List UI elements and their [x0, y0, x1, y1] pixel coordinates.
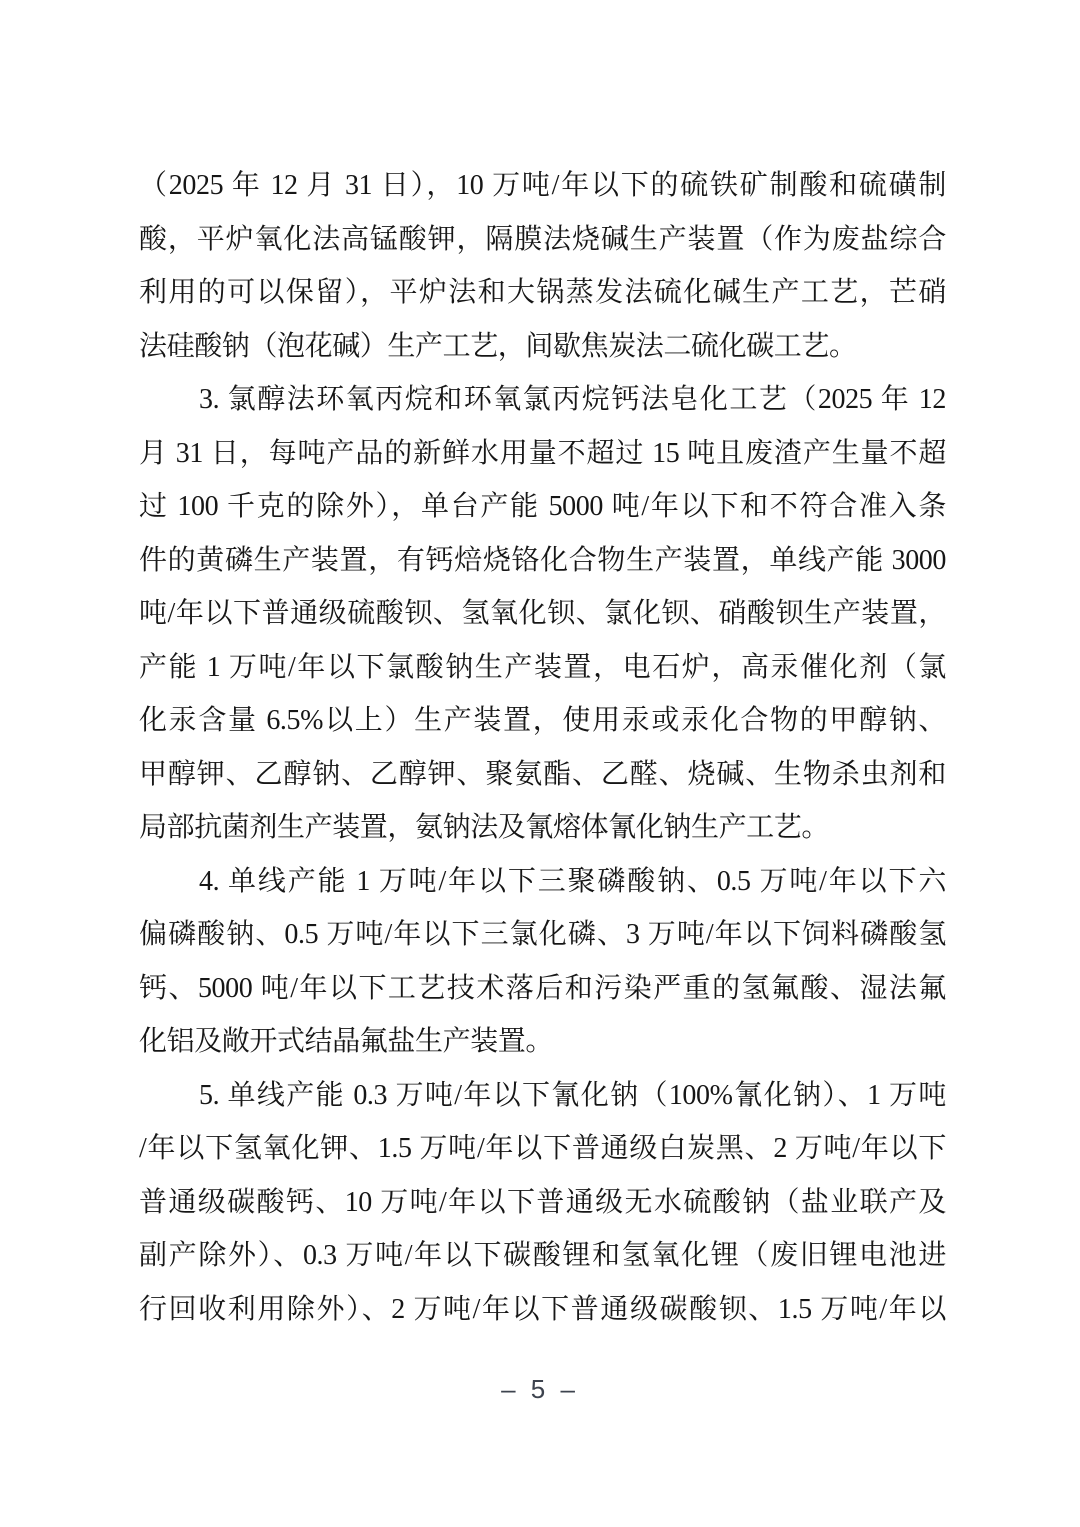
text-line: （2025 年 12 月 31 日），10 万吨/年以下的硫铁矿制酸和硫磺制 — [139, 159, 946, 213]
text-line: 钙、5000 吨/年以下工艺技术落后和污染严重的氢氟酸、湿法氟 — [139, 962, 946, 1016]
text-line: 局部抗菌剂生产装置，氨钠法及氰熔体氰化钠生产工艺。 — [139, 801, 946, 855]
text-line: 甲醇钾、乙醇钠、乙醇钾、聚氨酯、乙醛、烧碱、生物杀虫剂和 — [139, 748, 946, 802]
text-line: 3. 氯醇法环氧丙烷和环氧氯丙烷钙法皂化工艺（2025 年 12 — [139, 373, 946, 427]
text-line: 月 31 日，每吨产品的新鲜水用量不超过 15 吨且废渣产生量不超 — [139, 427, 946, 481]
text-line: 普通级碳酸钙、10 万吨/年以下普通级无水硫酸钠（盐业联产及 — [139, 1176, 946, 1230]
text-line: /年以下氢氧化钾、1.5 万吨/年以下普通级白炭黑、2 万吨/年以下 — [139, 1122, 946, 1176]
text-line: 过 100 千克的除外），单台产能 5000 吨/年以下和不符合准入条 — [139, 480, 946, 534]
text-line: 行回收利用除外）、2 万吨/年以下普通级碳酸钡、1.5 万吨/年以 — [139, 1283, 946, 1337]
document-page: （2025 年 12 月 31 日），10 万吨/年以下的硫铁矿制酸和硫磺制酸，… — [0, 0, 1080, 1527]
text-line: 5. 单线产能 0.3 万吨/年以下氰化钠（100%氰化钠）、1 万吨 — [139, 1069, 946, 1123]
document-body: （2025 年 12 月 31 日），10 万吨/年以下的硫铁矿制酸和硫磺制酸，… — [139, 159, 946, 1336]
text-line: 4. 单线产能 1 万吨/年以下三聚磷酸钠、0.5 万吨/年以下六 — [139, 855, 946, 909]
page-number: – 5 – — [501, 1374, 579, 1404]
text-line: 副产除外）、0.3 万吨/年以下碳酸锂和氢氧化锂（废旧锂电池进 — [139, 1229, 946, 1283]
text-line: 利用的可以保留），平炉法和大锅蒸发法硫化碱生产工艺，芒硝 — [139, 266, 946, 320]
text-line: 化汞含量 6.5%以上）生产装置，使用汞或汞化合物的甲醇钠、 — [139, 694, 946, 748]
text-line: 产能 1 万吨/年以下氯酸钠生产装置，电石炉，高汞催化剂（氯 — [139, 641, 946, 695]
text-line: 偏磷酸钠、0.5 万吨/年以下三氯化磷、3 万吨/年以下饲料磷酸氢 — [139, 908, 946, 962]
text-line: 酸，平炉氧化法高锰酸钾，隔膜法烧碱生产装置（作为废盐综合 — [139, 213, 946, 267]
text-line: 吨/年以下普通级硫酸钡、氢氧化钡、氯化钡、硝酸钡生产装置， — [139, 587, 946, 641]
text-line: 法硅酸钠（泡花碱）生产工艺，间歇焦炭法二硫化碳工艺。 — [139, 320, 946, 374]
text-line: 件的黄磷生产装置，有钙焙烧铬化合物生产装置，单线产能 3000 — [139, 534, 946, 588]
page-footer: – 5 – — [0, 1374, 1080, 1405]
text-line: 化铝及敞开式结晶氟盐生产装置。 — [139, 1015, 946, 1069]
